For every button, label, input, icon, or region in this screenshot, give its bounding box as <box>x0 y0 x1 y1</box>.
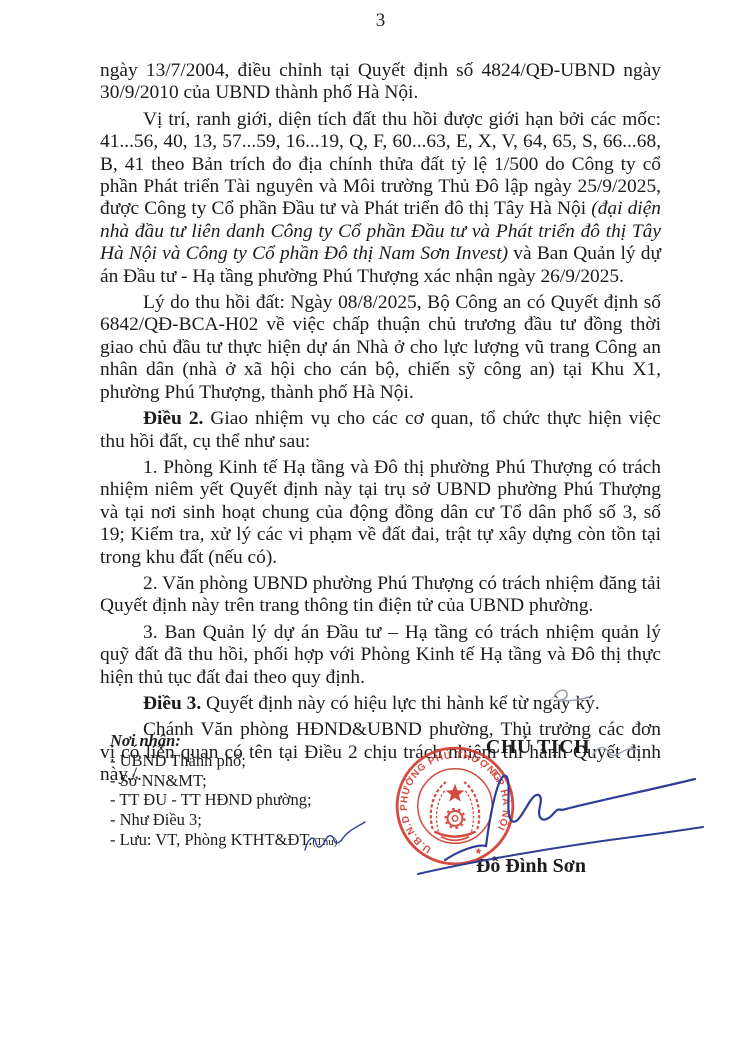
recipients-block: Nơi nhận: - UBND Thành phố; - Sở NN&MT; … <box>110 731 337 853</box>
recipient-item: - Lưu: VT, Phòng KTHT&ĐT.(Thu) <box>110 830 337 853</box>
recipient-item: - Như Điều 3; <box>110 810 337 830</box>
paragraph-text: 1. Phòng Kinh tế Hạ tầng và Đô thị phườn… <box>100 457 661 568</box>
paragraph-text: Lý do thu hồi đất: Ngày 08/8/2025, Bộ Cô… <box>100 292 661 403</box>
paragraph-article-3: Điều 3. Quyết định này có hiệu lực thi h… <box>100 693 661 715</box>
paragraph-boundaries: Vị trí, ranh giới, diện tích đất thu hồi… <box>100 109 661 288</box>
article-3-label: Điều 3. <box>143 693 201 714</box>
page-number: 3 <box>100 10 661 32</box>
recipient-item: - Sở NN&MT; <box>110 771 337 791</box>
article-2-label: Điều 2. <box>143 408 203 429</box>
paragraph-continuation: ngày 13/7/2004, điều chỉnh tại Quyết địn… <box>100 60 661 105</box>
recipient-archive-note: (Thu) <box>312 836 337 848</box>
paragraph-text: Vị trí, ranh giới, diện tích đất thu hồi… <box>100 109 661 220</box>
stamp-star-icon <box>446 784 465 802</box>
paragraph-article-2: Điều 2. Giao nhiệm vụ cho các cơ quan, t… <box>100 408 661 453</box>
paragraph-text: ngày 13/7/2004, điều chỉnh tại Quyết địn… <box>100 60 661 103</box>
paragraph-task-1: 1. Phòng Kinh tế Hạ tầng và Đô thị phườn… <box>100 457 661 569</box>
paragraph-reason: Lý do thu hồi đất: Ngày 08/8/2025, Bộ Cô… <box>100 292 661 404</box>
paragraph-text: 2. Văn phòng UBND phường Phú Thượng có t… <box>100 573 661 616</box>
recipient-item-text: - Lưu: VT, Phòng KTHT&ĐT. <box>110 830 312 849</box>
official-stamp-icon: U.B.N.D PHƯỜNG PHÚ THƯỢNG T.P HÀ NỘI ★ <box>393 744 517 868</box>
document-page: 3 ngày 13/7/2004, điều chỉnh tại Quyết đ… <box>0 0 740 1047</box>
document-body: ngày 13/7/2004, điều chỉnh tại Quyết địn… <box>100 60 661 791</box>
recipient-item: - TT ĐU - TT HĐND phường; <box>110 790 337 810</box>
paragraph-text: 3. Ban Quản lý dự án Đầu tư – Hạ tầng có… <box>100 622 661 688</box>
recipient-item: - UBND Thành phố; <box>110 751 337 771</box>
paragraph-task-3: 3. Ban Quản lý dự án Đầu tư – Hạ tầng có… <box>100 622 661 689</box>
recipients-label: Nơi nhận: <box>110 731 337 751</box>
paragraph-task-2: 2. Văn phòng UBND phường Phú Thượng có t… <box>100 573 661 618</box>
paragraph-text: Quyết định này có hiệu lực thi hành kể t… <box>201 693 600 714</box>
